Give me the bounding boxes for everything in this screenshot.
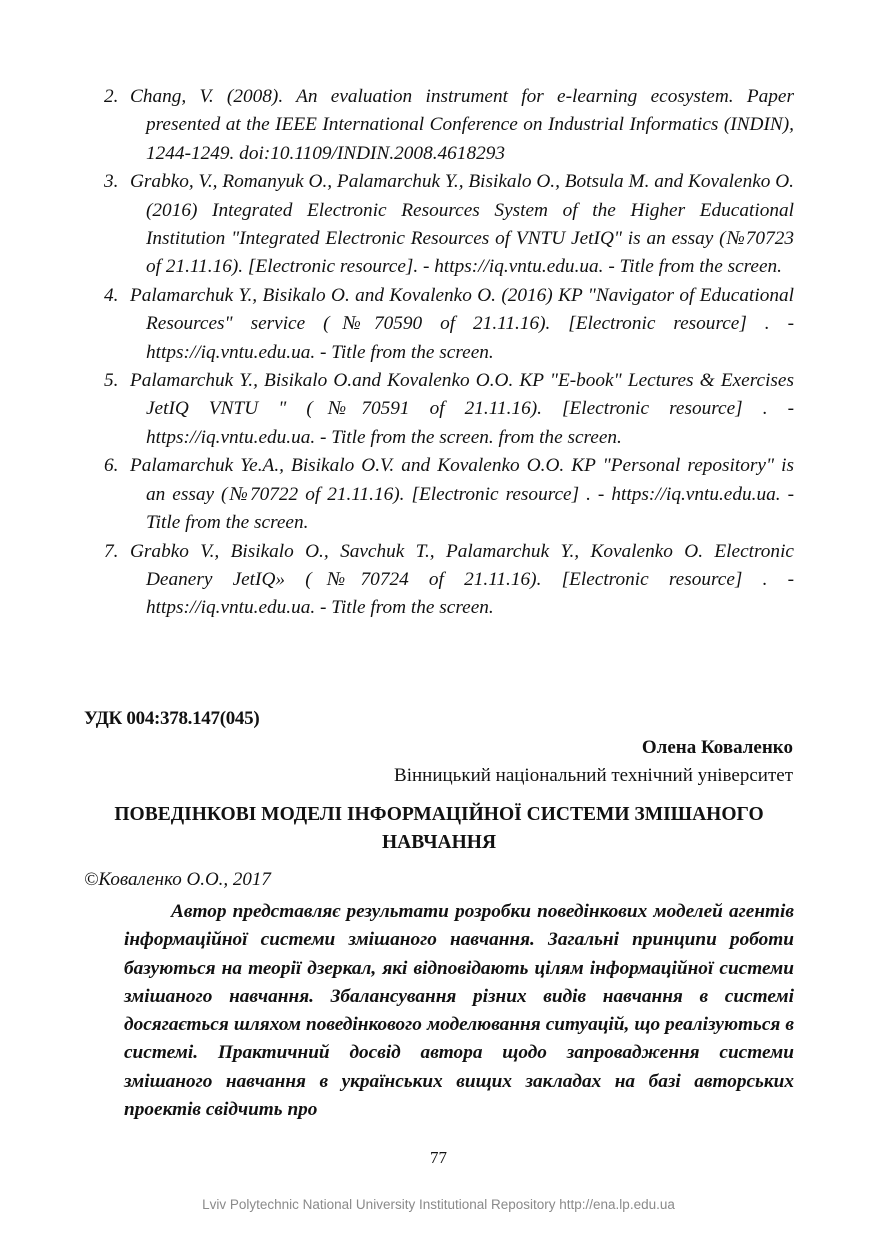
copyright-line: ©Коваленко О.О., 2017: [84, 869, 271, 891]
reference-number: 5.: [104, 367, 118, 395]
reference-list: 2. Chang, V. (2008). An evaluation instr…: [104, 83, 794, 623]
reference-text: Grabko V., Bisikalo O., Savchuk T., Pala…: [146, 538, 794, 623]
author-name: Олена Коваленко: [642, 737, 793, 759]
reference-item: 4. Palamarchuk Y., Bisikalo O. and Koval…: [104, 282, 794, 367]
repository-footer: Lviv Polytechnic National University Ins…: [0, 1197, 877, 1212]
udk-code: УДК 004:378.147(045): [84, 708, 259, 730]
reference-item: 7. Grabko V., Bisikalo O., Savchuk T., P…: [104, 538, 794, 623]
reference-text: Grabko, V., Romanyuk O., Palamarchuk Y.,…: [146, 168, 794, 282]
reference-number: 4.: [104, 282, 118, 310]
reference-text: Palamarchuk Y., Bisikalo O. and Kovalenk…: [146, 282, 794, 367]
article-title: ПОВЕДІНКОВІ МОДЕЛІ ІНФОРМАЦІЙНОЇ СИСТЕМИ…: [84, 801, 794, 857]
reference-text: Chang, V. (2008). An evaluation instrume…: [146, 83, 794, 168]
author-affiliation: Вінницький національний технічний універ…: [394, 765, 793, 787]
abstract-paragraph: Автор представляє результати розробки по…: [124, 898, 794, 1124]
reference-text: Palamarchuk Ye.A., Bisikalo O.V. and Kov…: [146, 452, 794, 537]
reference-item: 5. Palamarchuk Y., Bisikalo O.and Kovale…: [104, 367, 794, 452]
reference-item: 2. Chang, V. (2008). An evaluation instr…: [104, 83, 794, 168]
reference-number: 2.: [104, 83, 118, 111]
reference-number: 3.: [104, 168, 118, 196]
reference-number: 7.: [104, 538, 118, 566]
reference-number: 6.: [104, 452, 118, 480]
reference-item: 3. Grabko, V., Romanyuk O., Palamarchuk …: [104, 168, 794, 282]
page-number: 77: [0, 1148, 877, 1168]
reference-item: 6. Palamarchuk Ye.A., Bisikalo O.V. and …: [104, 452, 794, 537]
reference-text: Palamarchuk Y., Bisikalo O.and Kovalenko…: [146, 367, 794, 452]
